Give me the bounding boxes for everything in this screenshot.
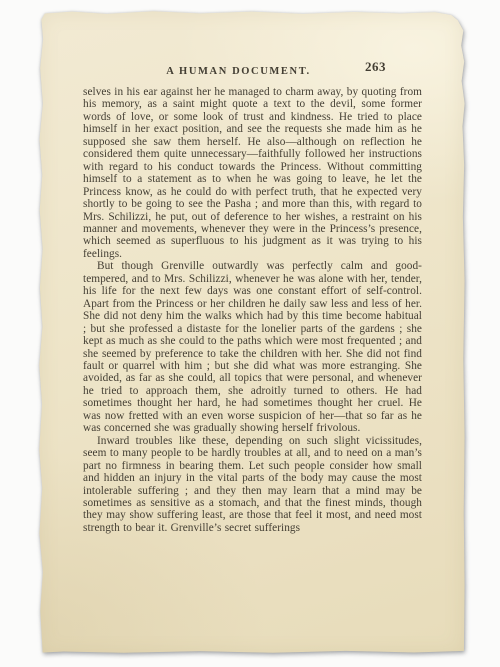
running-head: A HUMAN DOCUMENT. 263 — [83, 61, 422, 75]
page-number: 263 — [365, 59, 386, 75]
page-background: A HUMAN DOCUMENT. 263 selves in his ear … — [0, 0, 500, 667]
book-page-shadow-wrap: A HUMAN DOCUMENT. 263 selves in his ear … — [0, 0, 500, 667]
paragraph-1: selves in his ear against her he managed… — [83, 86, 422, 260]
book-page: A HUMAN DOCUMENT. 263 selves in his ear … — [38, 10, 465, 656]
paragraph-3: Inward troubles like these, depending on… — [83, 435, 422, 535]
paragraph-2: But though Grenville outwardly was perfe… — [83, 260, 422, 434]
page-text: selves in his ear against her he managed… — [83, 86, 422, 534]
running-head-title: A HUMAN DOCUMENT. — [166, 66, 311, 77]
